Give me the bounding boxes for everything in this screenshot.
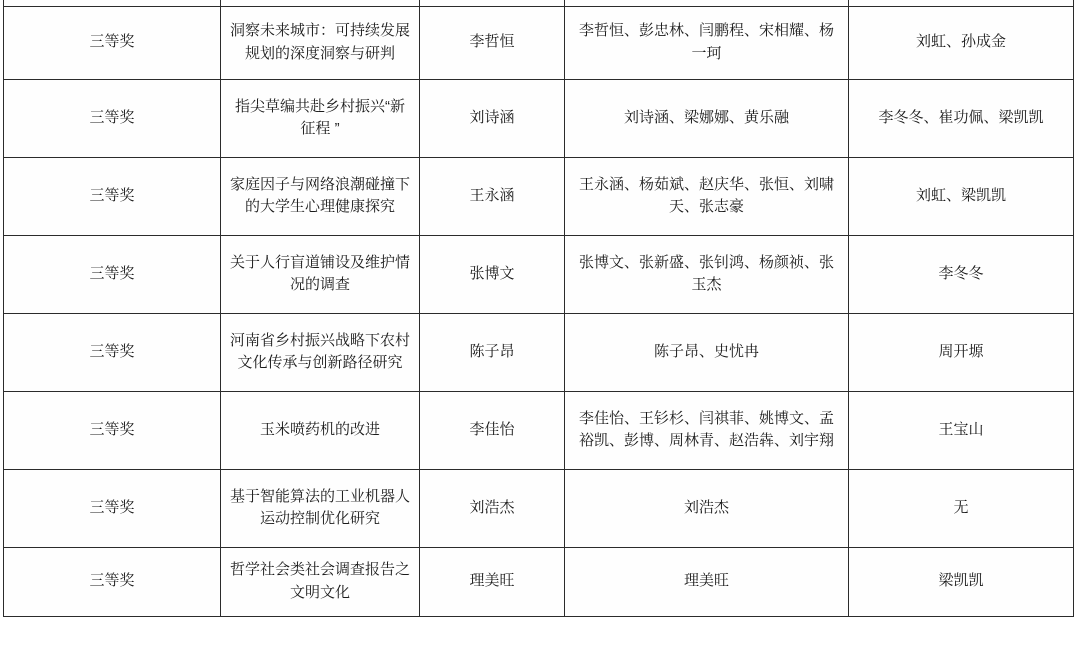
members-cell: 刘浩杰 xyxy=(565,469,849,547)
members-cell: 陈子昂、史忧冉 xyxy=(565,313,849,391)
award-cell: 三等奖 xyxy=(4,469,221,547)
advisors-cell: 李冬冬、崔功佩、梁凯凯 xyxy=(849,79,1074,157)
table-row: 三等奖 哲学社会类社会调查报告之文明文化 理美旺 理美旺 梁凯凯 xyxy=(4,547,1074,616)
leader-cell: 理美旺 xyxy=(420,547,565,616)
award-cell: 三等奖 xyxy=(4,313,221,391)
awards-table: 三等奖 洞察未来城市：可持续发展规划的深度洞察与研判 李哲恒 李哲恒、彭忠林、闫… xyxy=(3,0,1074,617)
leader-cell: 张博文 xyxy=(420,235,565,313)
title-cell: 洞察未来城市：可持续发展规划的深度洞察与研判 xyxy=(221,6,420,79)
leader-cell: 陈子昂 xyxy=(420,313,565,391)
advisors-cell: 周开塬 xyxy=(849,313,1074,391)
members-cell: 李哲恒、彭忠林、闫鹏程、宋相耀、杨一珂 xyxy=(565,6,849,79)
table-row: 三等奖 玉米喷药机的改进 李佳怡 李佳怡、王钐杉、闫祺菲、姚博文、孟裕凯、彭博、… xyxy=(4,391,1074,469)
advisors-cell: 李冬冬 xyxy=(849,235,1074,313)
advisors-cell: 王宝山 xyxy=(849,391,1074,469)
award-cell: 三等奖 xyxy=(4,235,221,313)
table-row: 三等奖 家庭因子与网络浪潮碰撞下的大学生心理健康探究 王永涵 王永涵、杨茹斌、赵… xyxy=(4,157,1074,235)
members-cell: 李佳怡、王钐杉、闫祺菲、姚博文、孟裕凯、彭博、周林青、赵浩犇、刘宇翔 xyxy=(565,391,849,469)
title-cell: 关于人行盲道铺设及维护情况的调查 xyxy=(221,235,420,313)
advisors-cell: 刘虹、梁凯凯 xyxy=(849,157,1074,235)
leader-cell: 李佳怡 xyxy=(420,391,565,469)
advisors-cell: 无 xyxy=(849,469,1074,547)
advisors-cell: 刘虹、孙成金 xyxy=(849,6,1074,79)
title-cell: 玉米喷药机的改进 xyxy=(221,391,420,469)
table-row: 三等奖 基于智能算法的工业机器人运动控制优化研究 刘浩杰 刘浩杰 无 xyxy=(4,469,1074,547)
table-row: 三等奖 关于人行盲道铺设及维护情况的调查 张博文 张博文、张新盛、张钊鸿、杨颜祯… xyxy=(4,235,1074,313)
members-cell: 张博文、张新盛、张钊鸿、杨颜祯、张玉杰 xyxy=(565,235,849,313)
members-cell: 王永涵、杨茹斌、赵庆华、张恒、刘啸天、张志豪 xyxy=(565,157,849,235)
title-cell: 基于智能算法的工业机器人运动控制优化研究 xyxy=(221,469,420,547)
advisors-cell: 梁凯凯 xyxy=(849,547,1074,616)
table-row: 三等奖 洞察未来城市：可持续发展规划的深度洞察与研判 李哲恒 李哲恒、彭忠林、闫… xyxy=(4,6,1074,79)
award-cell: 三等奖 xyxy=(4,79,221,157)
award-cell: 三等奖 xyxy=(4,6,221,79)
leader-cell: 刘浩杰 xyxy=(420,469,565,547)
award-cell: 三等奖 xyxy=(4,547,221,616)
leader-cell: 李哲恒 xyxy=(420,6,565,79)
title-cell: 河南省乡村振兴战略下农村文化传承与创新路径研究 xyxy=(221,313,420,391)
title-cell: 哲学社会类社会调查报告之文明文化 xyxy=(221,547,420,616)
members-cell: 刘诗涵、梁娜娜、黄乐融 xyxy=(565,79,849,157)
award-cell: 三等奖 xyxy=(4,391,221,469)
leader-cell: 刘诗涵 xyxy=(420,79,565,157)
members-cell: 理美旺 xyxy=(565,547,849,616)
title-cell: 家庭因子与网络浪潮碰撞下的大学生心理健康探究 xyxy=(221,157,420,235)
award-cell: 三等奖 xyxy=(4,157,221,235)
title-cell: 指尖草编共赴乡村振兴“新征程 ” xyxy=(221,79,420,157)
table-row: 三等奖 指尖草编共赴乡村振兴“新征程 ” 刘诗涵 刘诗涵、梁娜娜、黄乐融 李冬冬… xyxy=(4,79,1074,157)
leader-cell: 王永涵 xyxy=(420,157,565,235)
table-row: 三等奖 河南省乡村振兴战略下农村文化传承与创新路径研究 陈子昂 陈子昂、史忧冉 … xyxy=(4,313,1074,391)
